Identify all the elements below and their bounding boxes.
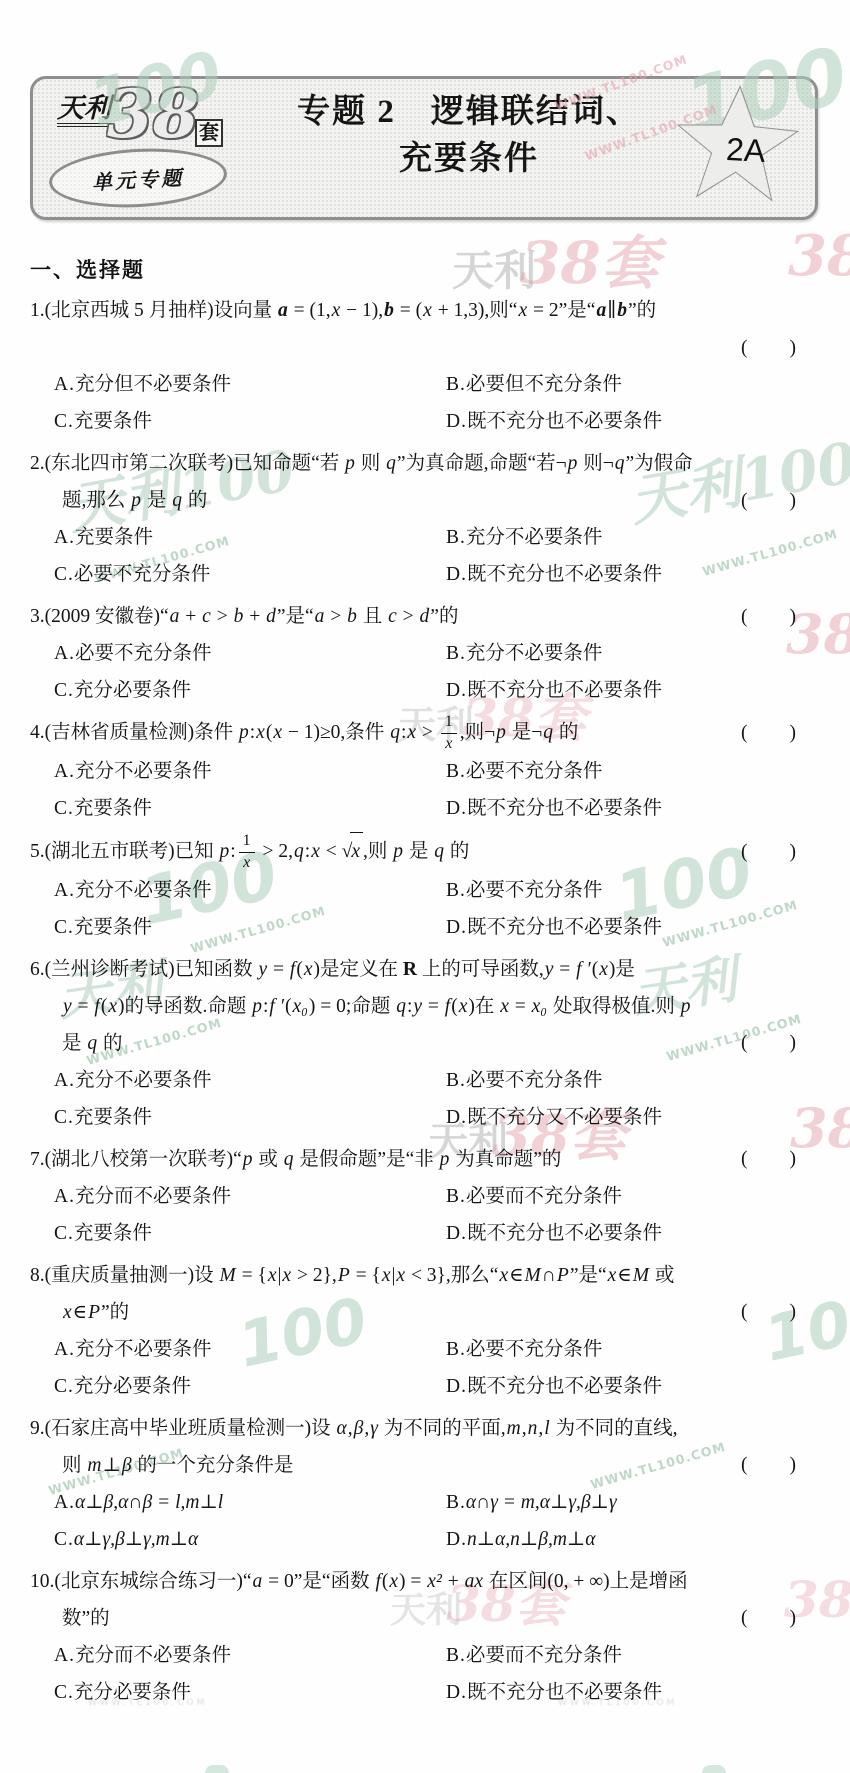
answer-bracket: ( )	[741, 1447, 797, 1484]
option-A: A.充分不必要条件	[54, 872, 446, 909]
option-C: C.充要条件	[54, 1099, 446, 1136]
option-A: A.充分而不必要条件	[54, 1637, 446, 1674]
option-B: B.必要不充分条件	[446, 753, 805, 790]
question: 8.(重庆质量抽测一)设 M = {x|x > 2},P = {x|x < 3}…	[30, 1257, 805, 1405]
option-C: C.充要条件	[54, 1215, 446, 1252]
question-stem-line: 5.(湖北五市联考)已知 p:1x > 2,q:x < √x,则 p 是 q 的…	[30, 832, 805, 872]
question-stem-line: 则 m⊥β 的一个充分条件是( )	[30, 1447, 805, 1484]
square-root: √x	[342, 832, 363, 870]
option-A: A.α⊥β,α∩β = l,m⊥l	[54, 1484, 446, 1521]
option-B: B.必要不充分条件	[446, 1062, 805, 1099]
question-stem-line: ( )	[30, 329, 805, 366]
question: 9.(石家庄高中毕业班质量检测一)设 α,β,γ 为不同的平面,m,n,l 为不…	[30, 1410, 805, 1558]
options-grid: A.充分不必要条件B.必要不充分条件C.充要条件D.既不充分也不必要条件	[54, 753, 805, 827]
tianli-38-logo: 天利 38 套 单元专题	[43, 85, 263, 211]
question-stem-line: 2.(东北四市第二次联考)已知命题“若 p 则 q”为真命题,命题“若¬p 则¬…	[30, 445, 805, 482]
option-D: D.既不充分也不必要条件	[446, 1674, 805, 1711]
question-stem-line: 题,那么 p 是 q 的( )	[30, 482, 805, 519]
option-D: D.既不充分也不必要条件	[446, 1215, 805, 1252]
question: 6.(兰州诊断考试)已知函数 y = f(x)是定义在 R 上的可导函数,y =…	[30, 951, 805, 1136]
option-A: A.充分但不必要条件	[54, 366, 446, 403]
watermark-clipped-mark	[702, 1765, 726, 1773]
watermark-clipped-mark	[205, 1765, 229, 1773]
option-A: A.充分不必要条件	[54, 1331, 446, 1368]
question: 4.(吉林省质量检测)条件 p:x(x − 1)≥0,条件 q:x > 1x,则…	[30, 714, 805, 827]
exam-page: 天利 38套 38套 天利100 WWW.TL100.COM 天利100 WWW…	[0, 0, 850, 1773]
section-title: 一、选择题	[30, 254, 805, 284]
options-grid: A.α⊥β,α∩β = l,m⊥lB.α∩γ = m,α⊥γ,β⊥γC.α⊥γ,…	[54, 1484, 805, 1558]
fraction: 1x	[441, 714, 457, 753]
option-C: C.充分必要条件	[54, 1368, 446, 1405]
option-B: B.必要但不充分条件	[446, 366, 805, 403]
option-D: D.n⊥α,n⊥β,m⊥α	[446, 1521, 805, 1558]
option-B: B.必要而不充分条件	[446, 1178, 805, 1215]
options-grid: A.充要条件B.充分不必要条件C.必要不充分条件D.既不充分也不必要条件	[54, 519, 805, 593]
page-title-line2: 充要条件	[271, 136, 667, 183]
question-stem-line: 8.(重庆质量抽测一)设 M = {x|x > 2},P = {x|x < 3}…	[30, 1257, 805, 1294]
options-grid: A.充分不必要条件B.必要不充分条件C.充要条件D.既不充分又不必要条件	[54, 1062, 805, 1136]
header-banner: 100 WWW.TL100.COM 100 WWW.TL100.COM 天利 3…	[30, 76, 818, 220]
option-C: C.必要不充分条件	[54, 556, 446, 593]
question: 1.(北京西城 5 月抽样)设向量 a = (1,x − 1),b = (x +…	[30, 292, 805, 440]
badge-star: 2A	[670, 82, 804, 211]
question-stem-line: x∈P”的( )	[30, 1294, 805, 1331]
answer-bracket: ( )	[741, 329, 797, 366]
fraction: 1x	[239, 833, 255, 872]
option-D: D.既不充分也不必要条件	[446, 672, 805, 709]
option-D: D.既不充分又不必要条件	[446, 1099, 805, 1136]
option-A: A.充分不必要条件	[54, 753, 446, 790]
option-B: B.充分不必要条件	[446, 519, 805, 556]
option-C: C.充要条件	[54, 909, 446, 946]
question: 2.(东北四市第二次联考)已知命题“若 p 则 q”为真命题,命题“若¬p 则¬…	[30, 445, 805, 593]
answer-bracket: ( )	[741, 833, 797, 870]
option-D: D.既不充分也不必要条件	[446, 403, 805, 440]
option-B: B.充分不必要条件	[446, 635, 805, 672]
answer-bracket: ( )	[741, 598, 797, 635]
option-D: D.既不充分也不必要条件	[446, 909, 805, 946]
options-grid: A.充分不必要条件B.必要不充分条件C.充分必要条件D.既不充分也不必要条件	[54, 1331, 805, 1405]
option-B: B.α∩γ = m,α⊥γ,β⊥γ	[446, 1484, 805, 1521]
option-C: C.充分必要条件	[54, 1674, 446, 1711]
page-title-line1: 专题 2 逻辑联结词、	[271, 89, 667, 136]
answer-bracket: ( )	[741, 1600, 797, 1637]
badge-label: 2A	[725, 131, 766, 170]
questions: 1.(北京西城 5 月抽样)设向量 a = (1,x − 1),b = (x +…	[30, 292, 805, 1711]
question: 3.(2009 安徽卷)“a + c > b + d”是“a > b 且 c >…	[30, 598, 805, 709]
options-grid: A.充分而不必要条件B.必要而不充分条件C.充要条件D.既不充分也不必要条件	[54, 1178, 805, 1252]
option-C: C.充要条件	[54, 403, 446, 440]
option-A: A.必要不充分条件	[54, 635, 446, 672]
option-A: A.充分而不必要条件	[54, 1178, 446, 1215]
logo-oval: 单元专题	[48, 144, 229, 211]
question-stem-line: 1.(北京西城 5 月抽样)设向量 a = (1,x − 1),b = (x +…	[30, 292, 805, 329]
question-stem-line: 7.(湖北八校第一次联考)“p 或 q 是假命题”是“非 p 为真命题”的( )	[30, 1141, 805, 1178]
question-stem-line: 9.(石家庄高中毕业班质量检测一)设 α,β,γ 为不同的平面,m,n,l 为不…	[30, 1410, 805, 1447]
answer-bracket: ( )	[741, 1294, 797, 1331]
answer-bracket: ( )	[741, 1025, 797, 1062]
logo-tao-box: 套	[195, 119, 223, 147]
question-stem-line: 数”的( )	[30, 1600, 805, 1637]
question-stem-line: 6.(兰州诊断考试)已知函数 y = f(x)是定义在 R 上的可导函数,y =…	[30, 951, 805, 988]
question: 10.(北京东城综合练习一)“a = 0”是“函数 f(x) = x² + ax…	[30, 1563, 805, 1711]
option-C: C.α⊥γ,β⊥γ,m⊥α	[54, 1521, 446, 1558]
option-D: D.既不充分也不必要条件	[446, 1368, 805, 1405]
option-B: B.必要不充分条件	[446, 1331, 805, 1368]
option-B: B.必要而不充分条件	[446, 1637, 805, 1674]
answer-bracket: ( )	[741, 482, 797, 519]
option-D: D.既不充分也不必要条件	[446, 556, 805, 593]
question: 7.(湖北八校第一次联考)“p 或 q 是假命题”是“非 p 为真命题”的( )…	[30, 1141, 805, 1252]
question: 5.(湖北五市联考)已知 p:1x > 2,q:x < √x,则 p 是 q 的…	[30, 832, 805, 946]
option-C: C.充要条件	[54, 790, 446, 827]
page-title: 专题 2 逻辑联结词、 充要条件	[271, 89, 667, 183]
answer-bracket: ( )	[741, 715, 797, 752]
logo-38-numeral: 38	[107, 75, 199, 153]
options-grid: A.必要不充分条件B.充分不必要条件C.充分必要条件D.既不充分也不必要条件	[54, 635, 805, 709]
options-grid: A.充分不必要条件B.必要不充分条件C.充要条件D.既不充分也不必要条件	[54, 872, 805, 946]
content: 一、选择题 1.(北京西城 5 月抽样)设向量 a = (1,x − 1),b …	[30, 254, 805, 1711]
question-stem-line: y = f(x)的导函数.命题 p:f ′(x₀) = 0;命题 q:y = f…	[30, 988, 805, 1025]
answer-bracket: ( )	[741, 1141, 797, 1178]
option-C: C.充分必要条件	[54, 672, 446, 709]
logo-brand-text: 天利	[57, 93, 111, 127]
option-A: A.充分不必要条件	[54, 1062, 446, 1099]
options-grid: A.充分而不必要条件B.必要而不充分条件C.充分必要条件D.既不充分也不必要条件	[54, 1637, 805, 1711]
option-D: D.既不充分也不必要条件	[446, 790, 805, 827]
question-stem-line: 是 q 的( )	[30, 1025, 805, 1062]
question-stem-line: 4.(吉林省质量检测)条件 p:x(x − 1)≥0,条件 q:x > 1x,则…	[30, 714, 805, 753]
question-stem-line: 3.(2009 安徽卷)“a + c > b + d”是“a > b 且 c >…	[30, 598, 805, 635]
question-stem-line: 10.(北京东城综合练习一)“a = 0”是“函数 f(x) = x² + ax…	[30, 1563, 805, 1600]
logo-subtitle: 单元专题	[91, 161, 184, 195]
option-A: A.充要条件	[54, 519, 446, 556]
option-B: B.必要不充分条件	[446, 872, 805, 909]
options-grid: A.充分但不必要条件B.必要但不充分条件C.充要条件D.既不充分也不必要条件	[54, 366, 805, 440]
